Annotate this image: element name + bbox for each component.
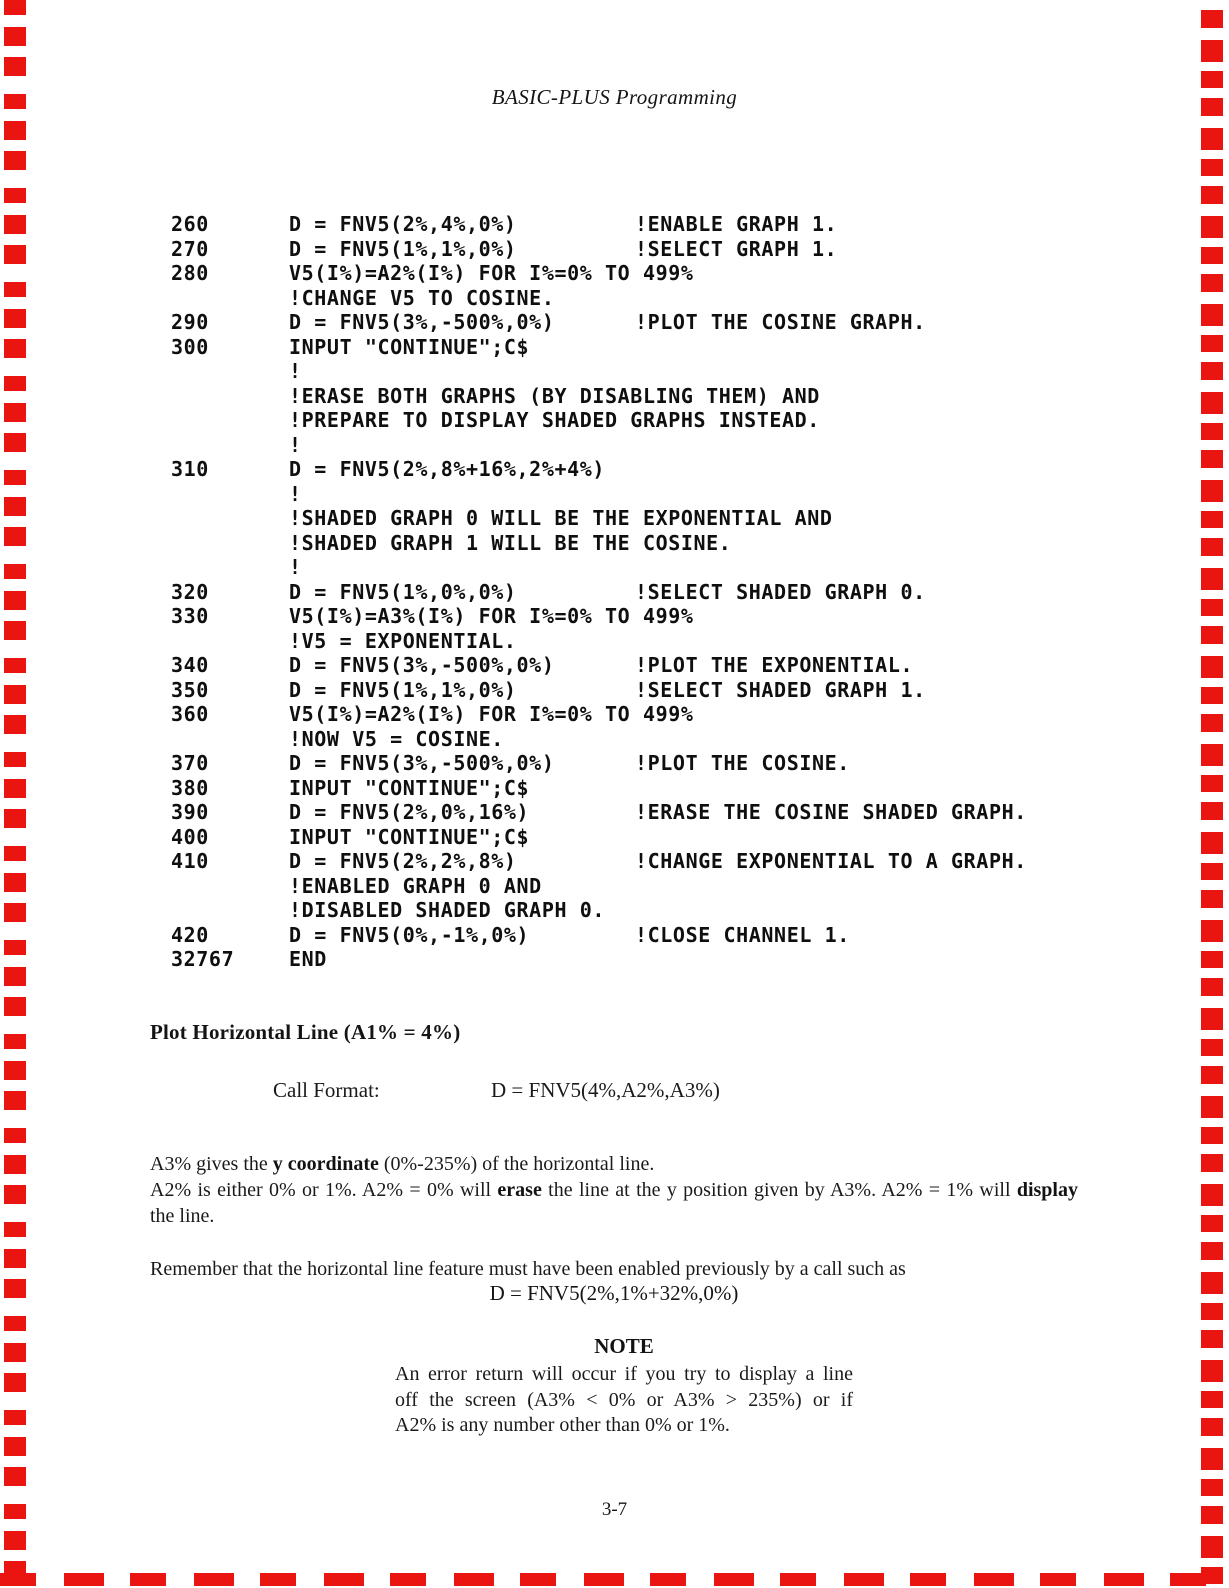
note-line: An error return will occur if you try to… — [395, 1362, 853, 1388]
comment: !CHANGE EXPONENTIAL TO A GRAPH. — [635, 849, 1027, 874]
code-line: 290D = FNV5(3%,-500%,0%)!PLOT THE COSINE… — [171, 310, 1027, 335]
statement: D = FNV5(3%,-500%,0%) — [289, 751, 635, 776]
code-line: 410D = FNV5(2%,2%,8%)!CHANGE EXPONENTIAL… — [171, 849, 1027, 874]
code-line: 32767END — [171, 947, 1027, 972]
code-line: 270D = FNV5(1%,1%,0%)!SELECT GRAPH 1. — [171, 237, 1027, 262]
line-number: 330 — [171, 604, 289, 629]
scan-artifact-bottom — [0, 1573, 1229, 1586]
code-line: ! — [171, 555, 1027, 580]
statement: !PREPARE TO DISPLAY SHADED GRAPHS INSTEA… — [289, 408, 635, 433]
statement: INPUT "CONTINUE";C$ — [289, 776, 635, 801]
line-number: 400 — [171, 825, 289, 850]
statement: !ENABLED GRAPH 0 AND — [289, 874, 635, 899]
statement: D = FNV5(1%,1%,0%) — [289, 237, 635, 262]
code-line: 420D = FNV5(0%,-1%,0%)!CLOSE CHANNEL 1. — [171, 923, 1027, 948]
comment: !ENABLE GRAPH 1. — [635, 212, 837, 237]
line-number — [171, 898, 289, 923]
statement: !V5 = EXPONENTIAL. — [289, 629, 635, 654]
line-number — [171, 433, 289, 458]
comment: !SELECT SHADED GRAPH 1. — [635, 678, 926, 703]
scanned-manual-page: BASIC-PLUS Programming 260D = FNV5(2%,4%… — [0, 0, 1229, 1588]
statement: D = FNV5(2%,8%+16%,2%+4%) — [289, 457, 635, 482]
line-number: 290 — [171, 310, 289, 335]
code-line: !NOW V5 = COSINE. — [171, 727, 1027, 752]
paragraph-a3: A3% gives the y coordinate (0%-235%) of … — [150, 1151, 654, 1177]
code-line: 340D = FNV5(3%,-500%,0%)!PLOT THE EXPONE… — [171, 653, 1027, 678]
note-label: NOTE — [395, 1334, 853, 1359]
statement: !ERASE BOTH GRAPHS (BY DISABLING THEM) A… — [289, 384, 635, 409]
code-line: 360V5(I%)=A2%(I%) FOR I%=0% TO 499% — [171, 702, 1027, 727]
line-number: 320 — [171, 580, 289, 605]
statement: END — [289, 947, 635, 972]
paragraph-remember: Remember that the horizontal line featur… — [150, 1256, 1110, 1282]
statement: !NOW V5 = COSINE. — [289, 727, 635, 752]
statement: !SHADED GRAPH 1 WILL BE THE COSINE. — [289, 531, 635, 556]
comment: !PLOT THE COSINE GRAPH. — [635, 310, 926, 335]
paragraph-a2: A2% is either 0% or 1%. A2% = 0% will er… — [150, 1177, 1078, 1229]
paragraph-a3-bold: y coordinate — [273, 1153, 379, 1175]
line-number — [171, 629, 289, 654]
statement: D = FNV5(2%,2%,8%) — [289, 849, 635, 874]
statement: V5(I%)=A2%(I%) FOR I%=0% TO 499% — [289, 702, 635, 727]
code-line: 350D = FNV5(1%,1%,0%)!SELECT SHADED GRAP… — [171, 678, 1027, 703]
code-line: ! — [171, 433, 1027, 458]
line-number — [171, 359, 289, 384]
statement: D = FNV5(2%,4%,0%) — [289, 212, 635, 237]
statement: !CHANGE V5 TO COSINE. — [289, 286, 635, 311]
code-line: 300INPUT "CONTINUE";C$ — [171, 335, 1027, 360]
paragraph-a2-text-2: the line at the y position given by A3%.… — [542, 1179, 1017, 1201]
code-line: !SHADED GRAPH 0 WILL BE THE EXPONENTIAL … — [171, 506, 1027, 531]
statement: ! — [289, 433, 635, 458]
note-line: A2% is any number other than 0% or 1%. — [395, 1413, 853, 1439]
note-body: An error return will occur if you try to… — [395, 1362, 853, 1439]
paragraph-a3-text-2: (0%-235%) of the horizontal line. — [379, 1153, 654, 1175]
statement: ! — [289, 359, 635, 384]
code-line: 280V5(I%)=A2%(I%) FOR I%=0% TO 499% — [171, 261, 1027, 286]
code-line: 260D = FNV5(2%,4%,0%)!ENABLE GRAPH 1. — [171, 212, 1027, 237]
statement: D = FNV5(3%,-500%,0%) — [289, 653, 635, 678]
note-line: off the screen (A3% < 0% or A3% > 235%) … — [395, 1388, 853, 1414]
call-format-row: Call Format: D = FNV5(4%,A2%,A3%) — [273, 1078, 380, 1103]
paragraph-a3-text: A3% gives the — [150, 1153, 273, 1175]
paragraph-a2-bold-display: display — [1017, 1179, 1078, 1201]
paragraph-a2-line1: A2% is either 0% or 1%. A2% = 0% will er… — [150, 1177, 1078, 1203]
code-line: !CHANGE V5 TO COSINE. — [171, 286, 1027, 311]
scan-artifact-left — [4, 0, 26, 1588]
line-number — [171, 384, 289, 409]
statement: D = FNV5(1%,0%,0%) — [289, 580, 635, 605]
paragraph-a2-text: A2% is either 0% or 1%. A2% = 0% will — [150, 1179, 497, 1201]
line-number: 340 — [171, 653, 289, 678]
code-line: !PREPARE TO DISPLAY SHADED GRAPHS INSTEA… — [171, 408, 1027, 433]
page-number: 3-7 — [0, 1499, 1229, 1521]
line-number: 300 — [171, 335, 289, 360]
line-number: 410 — [171, 849, 289, 874]
statement: !DISABLED SHADED GRAPH 0. — [289, 898, 635, 923]
comment: !ERASE THE COSINE SHADED GRAPH. — [635, 800, 1027, 825]
code-line: 310D = FNV5(2%,8%+16%,2%+4%) — [171, 457, 1027, 482]
comment: !PLOT THE COSINE. — [635, 751, 850, 776]
line-number: 310 — [171, 457, 289, 482]
code-line: !V5 = EXPONENTIAL. — [171, 629, 1027, 654]
call-format-label: Call Format: — [273, 1078, 380, 1102]
line-number: 350 — [171, 678, 289, 703]
code-line: !SHADED GRAPH 1 WILL BE THE COSINE. — [171, 531, 1027, 556]
section-heading: Plot Horizontal Line (A1% = 4%) — [150, 1020, 460, 1045]
line-number: 280 — [171, 261, 289, 286]
line-number — [171, 874, 289, 899]
statement: INPUT "CONTINUE";C$ — [289, 825, 635, 850]
line-number — [171, 555, 289, 580]
line-number — [171, 482, 289, 507]
statement: D = FNV5(2%,0%,16%) — [289, 800, 635, 825]
line-number: 370 — [171, 751, 289, 776]
line-number — [171, 727, 289, 752]
line-number — [171, 408, 289, 433]
statement: D = FNV5(1%,1%,0%) — [289, 678, 635, 703]
code-line: !ERASE BOTH GRAPHS (BY DISABLING THEM) A… — [171, 384, 1027, 409]
enable-call-formula: D = FNV5(2%,1%+32%,0%) — [150, 1281, 1078, 1306]
statement: V5(I%)=A3%(I%) FOR I%=0% TO 499% — [289, 604, 635, 629]
line-number — [171, 286, 289, 311]
statement: V5(I%)=A2%(I%) FOR I%=0% TO 499% — [289, 261, 635, 286]
code-line: 330V5(I%)=A3%(I%) FOR I%=0% TO 499% — [171, 604, 1027, 629]
statement: !SHADED GRAPH 0 WILL BE THE EXPONENTIAL … — [289, 506, 635, 531]
paragraph-a2-line2: the line. — [150, 1203, 1078, 1229]
statement: D = FNV5(0%,-1%,0%) — [289, 923, 635, 948]
paragraph-a2-bold-erase: erase — [497, 1179, 541, 1201]
scan-artifact-right — [1201, 0, 1223, 1588]
comment: !SELECT SHADED GRAPH 0. — [635, 580, 926, 605]
line-number — [171, 531, 289, 556]
code-line: 370D = FNV5(3%,-500%,0%)!PLOT THE COSINE… — [171, 751, 1027, 776]
code-listing: 260D = FNV5(2%,4%,0%)!ENABLE GRAPH 1.270… — [171, 212, 1027, 972]
code-line: !ENABLED GRAPH 0 AND — [171, 874, 1027, 899]
comment: !SELECT GRAPH 1. — [635, 237, 837, 262]
code-line: 320D = FNV5(1%,0%,0%)!SELECT SHADED GRAP… — [171, 580, 1027, 605]
line-number: 270 — [171, 237, 289, 262]
code-line: 380INPUT "CONTINUE";C$ — [171, 776, 1027, 801]
line-number: 260 — [171, 212, 289, 237]
comment: !CLOSE CHANNEL 1. — [635, 923, 850, 948]
line-number: 420 — [171, 923, 289, 948]
code-line: !DISABLED SHADED GRAPH 0. — [171, 898, 1027, 923]
line-number: 390 — [171, 800, 289, 825]
call-format-value: D = FNV5(4%,A2%,A3%) — [491, 1078, 720, 1103]
statement: ! — [289, 555, 635, 580]
code-line: ! — [171, 359, 1027, 384]
line-number: 32767 — [171, 947, 289, 972]
comment: !PLOT THE EXPONENTIAL. — [635, 653, 913, 678]
code-line: 400INPUT "CONTINUE";C$ — [171, 825, 1027, 850]
code-line: ! — [171, 482, 1027, 507]
code-line: 390D = FNV5(2%,0%,16%)!ERASE THE COSINE … — [171, 800, 1027, 825]
line-number: 380 — [171, 776, 289, 801]
statement: ! — [289, 482, 635, 507]
statement: D = FNV5(3%,-500%,0%) — [289, 310, 635, 335]
running-header: BASIC-PLUS Programming — [0, 85, 1229, 110]
line-number — [171, 506, 289, 531]
line-number: 360 — [171, 702, 289, 727]
statement: INPUT "CONTINUE";C$ — [289, 335, 635, 360]
